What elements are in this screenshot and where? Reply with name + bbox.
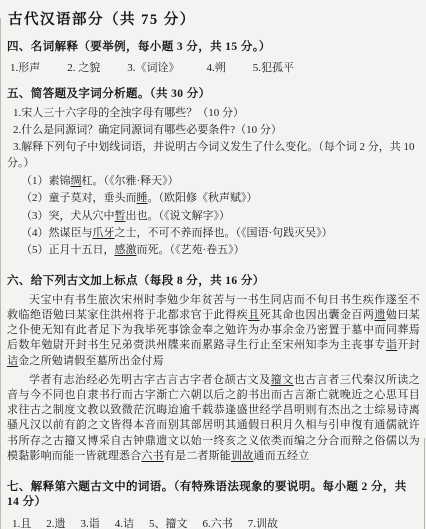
text-segment: （5）正月十五日，	[21, 244, 115, 256]
sentence-item: （5）正月十五日，感激而死。（《艺苑·卷五》）	[7, 242, 420, 259]
word-item: 1.且	[12, 518, 31, 529]
term-item: 4.朔	[207, 62, 226, 74]
text-segment: 之士，不可不养而择也。（《国语·句践灭吴》）	[115, 227, 333, 239]
question-text: 1.宋人三十六字母的全浊字母有哪些？（10 分）	[7, 105, 420, 122]
text-segment: 有是二者斯能	[164, 450, 231, 462]
document-title: 古代汉语部分（共 75 分）	[8, 8, 420, 29]
scan-edge-artifact	[0, 18, 1, 529]
section-5-heading: 五、简答题及字词分析题。（共 30 分）	[7, 87, 420, 103]
underlined-term: 诘	[7, 355, 18, 367]
text-segment: 杠。（《尔雅·释天》）	[82, 175, 179, 187]
text-segment: （4）然谋臣与	[21, 227, 93, 239]
text-segment: （2）童子莫对，垂头而	[21, 192, 137, 204]
question-text: 2.什么是同源词？确定同源词有哪些必要条件?（10 分）	[7, 122, 420, 139]
passage-paragraph: 天宝中有书生旅次宋州时李勉少年贫苦与一书生同店而不旬日书生疾作遂至不救临绝语勉曰…	[7, 293, 420, 369]
passage-paragraph: 学者有志治经必先明古字古言古字者仓颉古文及籀文也古言者三代秦汉所读之音与今不同也…	[7, 373, 420, 464]
underlined-term: 籀文	[271, 374, 294, 386]
section-5: 五、简答题及字词分析题。（共 30 分） 1.宋人三十六字母的全浊字母有哪些？（…	[7, 87, 420, 260]
section-7-heading: 七、解释第六题古文中的词语。（有特殊语法现象的要说明。每小题 2 分，共 14 …	[7, 480, 420, 511]
term-item: 1.形声	[10, 62, 40, 74]
scan-edge-artifact	[424, 438, 425, 529]
text-segment: 而死。（《艺苑·卷五》）	[137, 244, 245, 256]
sentence-item: （2）童子莫对，垂头而睡。（欧阳修《秋声赋》）	[7, 190, 420, 207]
underlined-term: 睡	[137, 192, 148, 204]
word-item: 3.诣	[81, 518, 100, 529]
text-segment: 开封	[397, 339, 420, 351]
underlined-term: 绸	[71, 175, 82, 187]
section-7-words: 1.且2.遗3.诣4.诘5、籀文6.六书7.训故	[7, 515, 420, 529]
text-segment: 。（欧阳修《秋声赋》）	[148, 192, 258, 204]
term-item: 3.《词诠》	[127, 62, 179, 74]
underlined-term: 爪牙	[93, 227, 115, 239]
word-item: 4.诘	[115, 518, 134, 529]
underlined-term: 感激	[115, 244, 137, 256]
section-4-heading: 四、名词解释（要举例，每小题 3 分，共 15 分。）	[7, 40, 420, 56]
section-4-terms: 1.形声2. 之貌3.《词诠》4.朔5.犯孤平	[7, 59, 420, 75]
term-item: 5.犯孤平	[253, 62, 294, 74]
text-segment: 死其命也因出囊金百两	[260, 309, 375, 321]
underlined-term: 且	[248, 309, 259, 321]
text-segment: 金之所勉请假至墓所出金付焉	[18, 355, 164, 367]
term-item: 2. 之貌	[67, 62, 100, 74]
word-item: 2.遗	[46, 518, 65, 529]
section-6: 六、给下列古文加上标点（每段 8 分，共 16 分） 天宝中有书生旅次宋州时李勉…	[7, 274, 420, 464]
text-segment: （3）突，犬从穴中	[21, 210, 115, 222]
section-6-heading: 六、给下列古文加上标点（每段 8 分，共 16 分）	[7, 274, 420, 290]
section-5-sentences: （1）素锦绸杠。（《尔雅·释天》） （2）童子莫对，垂头而睡。（欧阳修《秋声赋》…	[7, 173, 420, 259]
question-text: 3.解释下列句子中划线词语，并说明古今词义发生了什么变化。（每个词 2 分，共 …	[7, 139, 420, 173]
underlined-term: 暂	[115, 210, 126, 222]
text-segment: 也古言者三代秦汉所读之音与今不同也自隶书行而古字渐亡六朝以后之韵书出而古言渐亡就…	[7, 374, 420, 462]
text-segment: 出也。（《说文解字》）	[126, 210, 231, 222]
underlined-term: 训故	[231, 450, 253, 462]
word-item: 7.训故	[248, 518, 278, 529]
section-7: 七、解释第六题古文中的词语。（有特殊语法现象的要说明。每小题 2 分，共 14 …	[7, 480, 420, 529]
sentence-item: （3）突，犬从穴中暂出也。（《说文解字》）	[7, 208, 420, 225]
underlined-term: 诣	[386, 339, 397, 351]
text-segment: （1）素锦	[21, 175, 71, 187]
section-4: 四、名词解释（要举例，每小题 3 分，共 15 分。） 1.形声2. 之貌3.《…	[7, 40, 420, 75]
word-item: 5、籀文	[149, 518, 188, 529]
exam-paper: 古代汉语部分（共 75 分） 四、名词解释（要举例，每小题 3 分，共 15 分…	[0, 0, 426, 529]
underlined-term: 六书	[141, 450, 163, 462]
text-segment: 通而五经立	[253, 450, 309, 462]
text-segment: 学者有志治经必先明古字古言古字者仓颉古文及	[29, 374, 271, 386]
sentence-item: （4）然谋臣与爪牙之士，不可不养而择也。（《国语·句践灭吴》）	[7, 225, 420, 242]
sentence-item: （1）素锦绸杠。（《尔雅·释天》）	[7, 173, 420, 190]
underlined-term: 遗	[374, 309, 385, 321]
word-item: 6.六书	[203, 518, 233, 529]
